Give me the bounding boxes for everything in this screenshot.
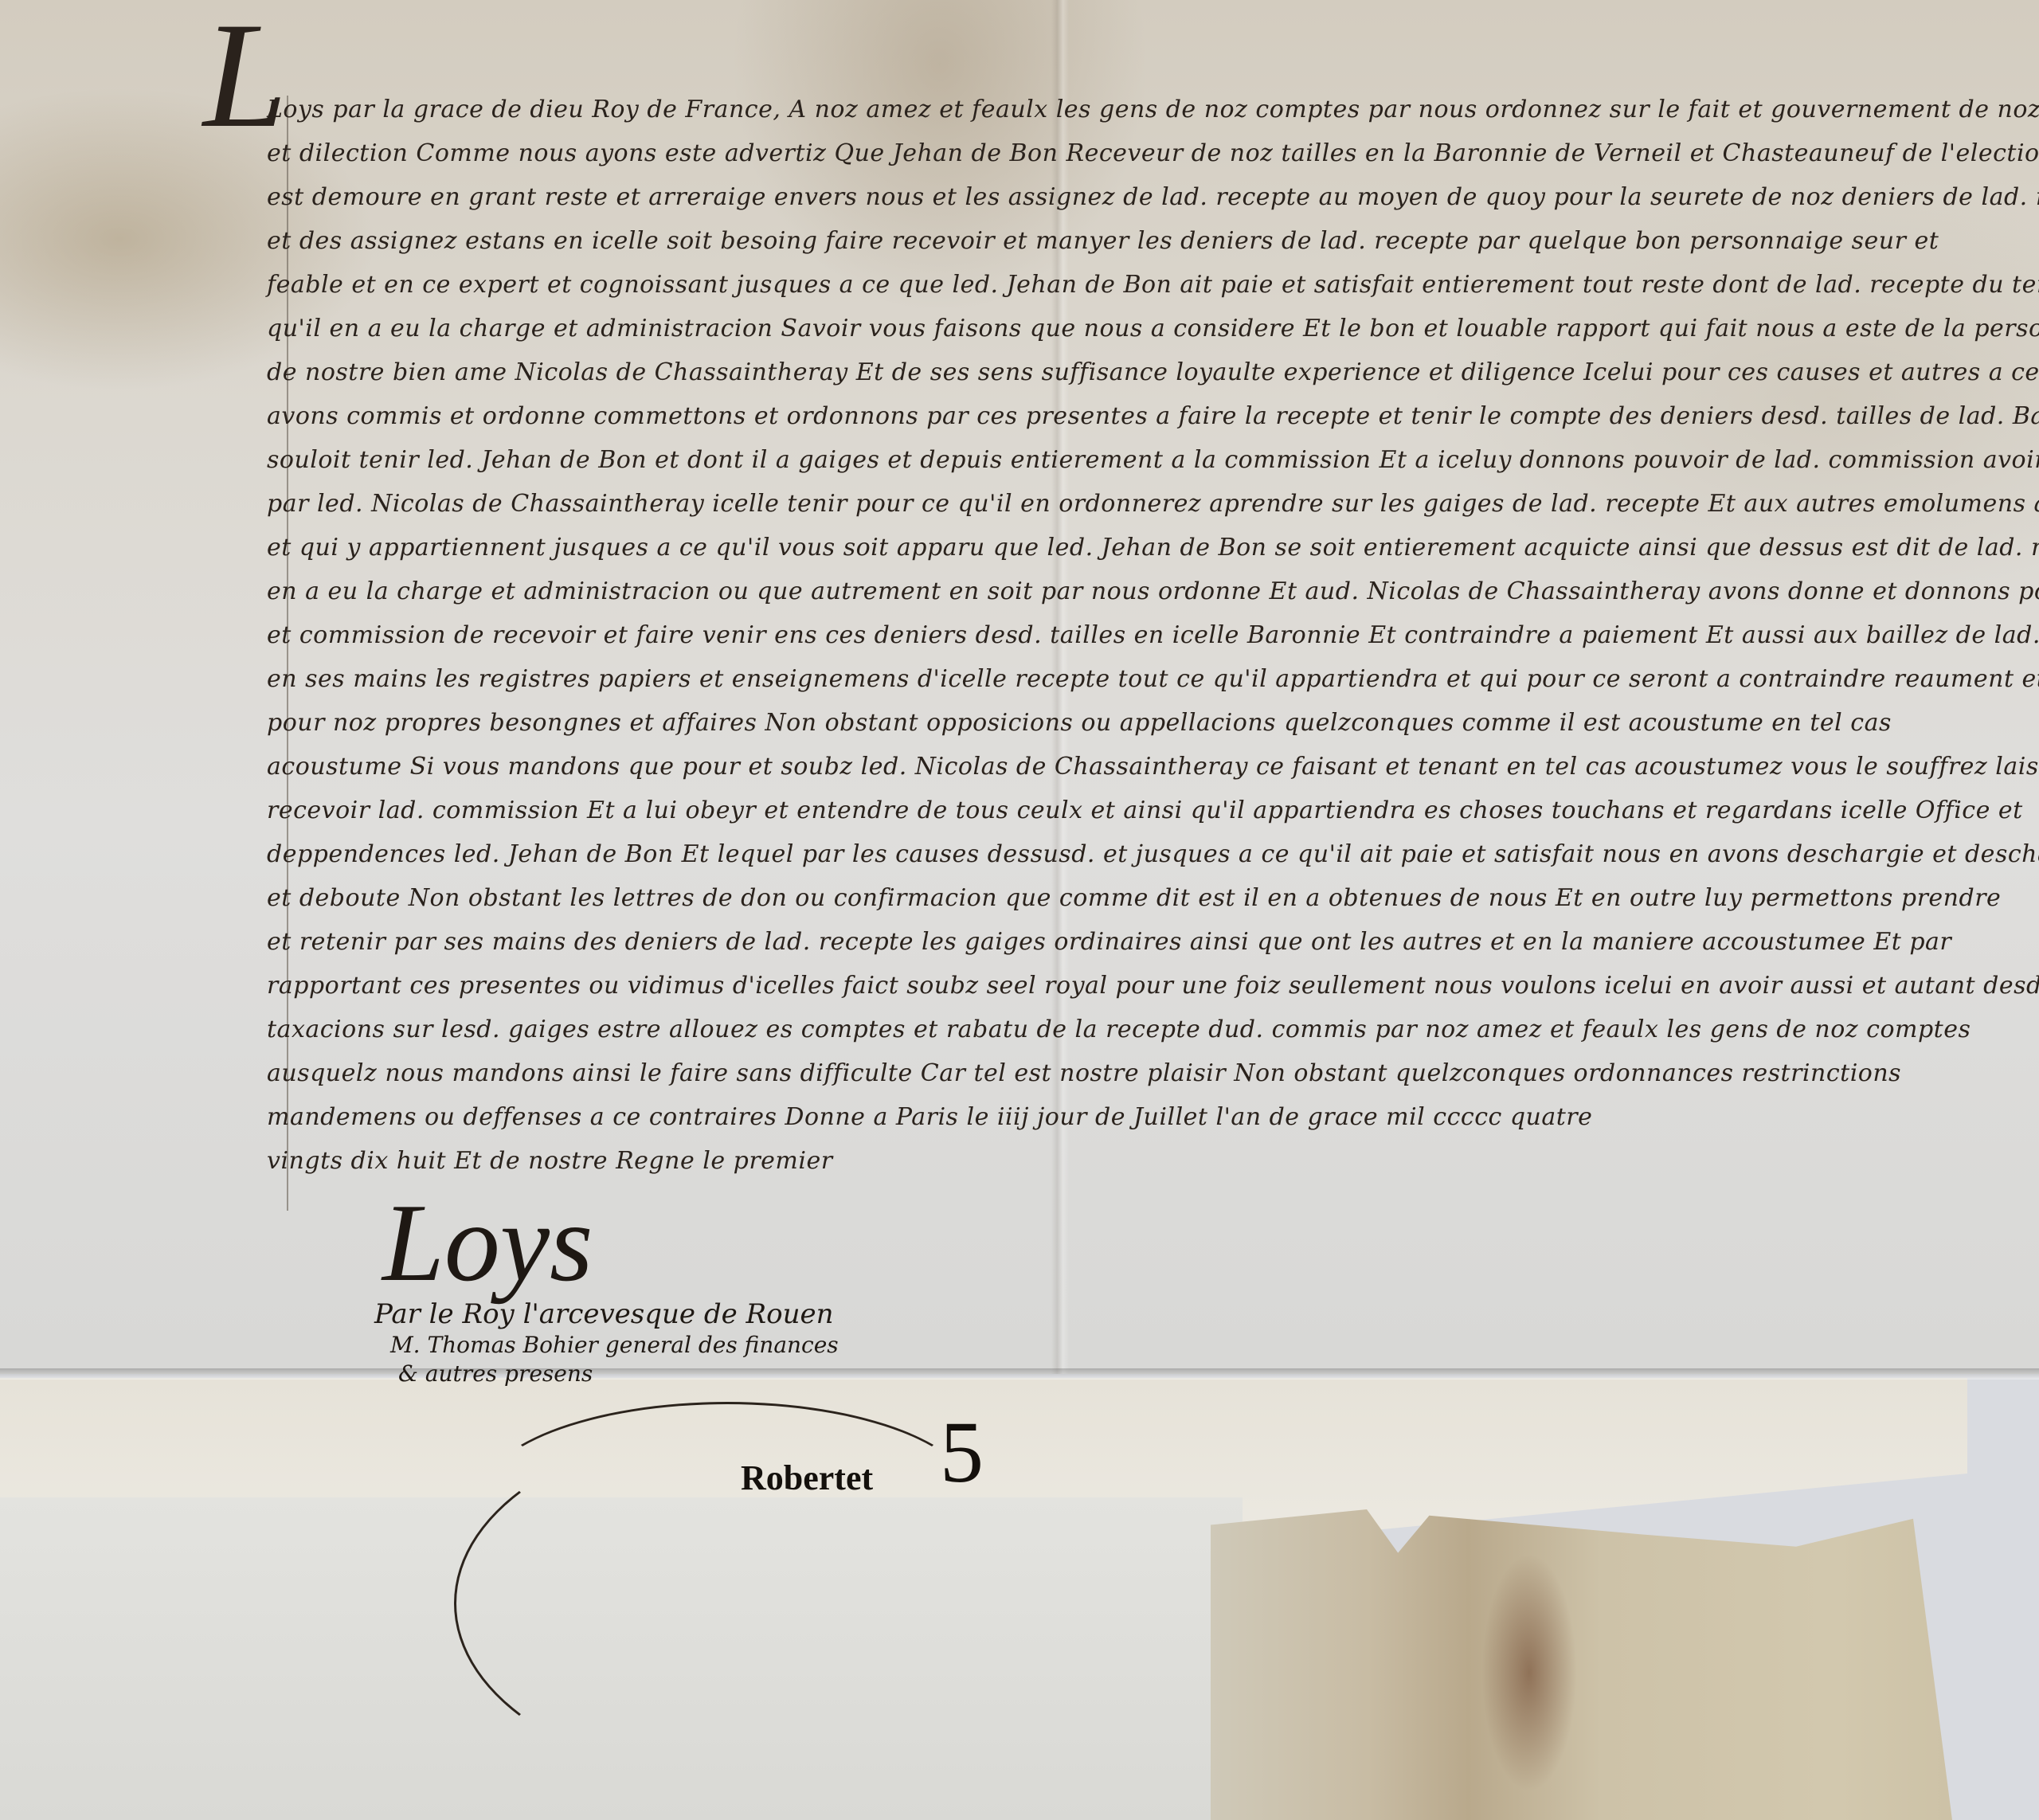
text-line: en a eu la charge et administracion ou q… bbox=[267, 577, 2039, 605]
text-line: et deboute Non obstant les lettres de do… bbox=[267, 884, 2001, 912]
text-line: et dilection Comme nous ayons este adver… bbox=[267, 139, 2039, 167]
secretary-paraph: 5 bbox=[940, 1402, 984, 1503]
countersign-line: Par le Roy l'arcevesque de Rouen bbox=[374, 1298, 834, 1330]
text-line: ausquelz nous mandons ainsi le faire san… bbox=[267, 1059, 1901, 1087]
text-line: Loys par la grace de dieu Roy de France,… bbox=[267, 96, 2039, 123]
wax-seal-stain bbox=[1481, 1553, 1577, 1792]
text-line: feable et en ce expert et cognoissant ju… bbox=[267, 271, 2039, 299]
text-line: souloit tenir led. Jehan de Bon et dont … bbox=[267, 446, 2039, 474]
margin-rule-line bbox=[287, 96, 288, 1211]
horizontal-fold-crease bbox=[0, 1368, 2039, 1380]
seal-tag-remnant bbox=[1211, 1509, 1991, 1820]
text-line: acoustume Si vous mandons que pour et so… bbox=[267, 753, 2039, 781]
text-line: recevoir lad. commission Et a lui obeyr … bbox=[267, 796, 2023, 824]
text-line: par led. Nicolas de Chassaintheray icell… bbox=[267, 490, 2039, 518]
text-line: et qui y appartiennent jusques a ce qu'i… bbox=[267, 534, 2039, 562]
text-line: et commission de recevoir et faire venir… bbox=[267, 621, 2039, 649]
text-line: rapportant ces presentes ou vidimus d'ic… bbox=[267, 972, 2039, 1000]
text-line: est demoure en grant reste et arreraige … bbox=[267, 183, 2039, 211]
text-line: en ses mains les registres papiers et en… bbox=[267, 665, 2039, 693]
text-line: pour noz propres besongnes et affaires N… bbox=[267, 709, 1892, 737]
secretary-signature: Robertet bbox=[741, 1458, 873, 1498]
text-line: mandemens ou deffenses a ce contraires D… bbox=[267, 1103, 1592, 1131]
text-line: deppendences led. Jehan de Bon Et lequel… bbox=[267, 840, 2039, 868]
countersign-line: & autres presens bbox=[398, 1360, 593, 1387]
text-line: et des assignez estans en icelle soit be… bbox=[267, 227, 1939, 255]
text-line: avons commis et ordonne commettons et or… bbox=[267, 402, 2039, 430]
text-line: taxacions sur lesd. gaiges estre allouez… bbox=[267, 1016, 1971, 1043]
countersign-line: M. Thomas Bohier general des finances bbox=[390, 1332, 839, 1358]
text-line: et retenir par ses mains des deniers de … bbox=[267, 928, 1951, 956]
royal-signature: Loys bbox=[382, 1179, 593, 1307]
text-line: vingts dix huit Et de nostre Regne le pr… bbox=[267, 1147, 833, 1175]
text-line: de nostre bien ame Nicolas de Chassainth… bbox=[267, 358, 2039, 386]
signature-flourish bbox=[478, 1402, 976, 1598]
decorated-initial: L bbox=[203, 0, 288, 151]
text-line: qu'il en a eu la charge et administracio… bbox=[267, 315, 2039, 342]
